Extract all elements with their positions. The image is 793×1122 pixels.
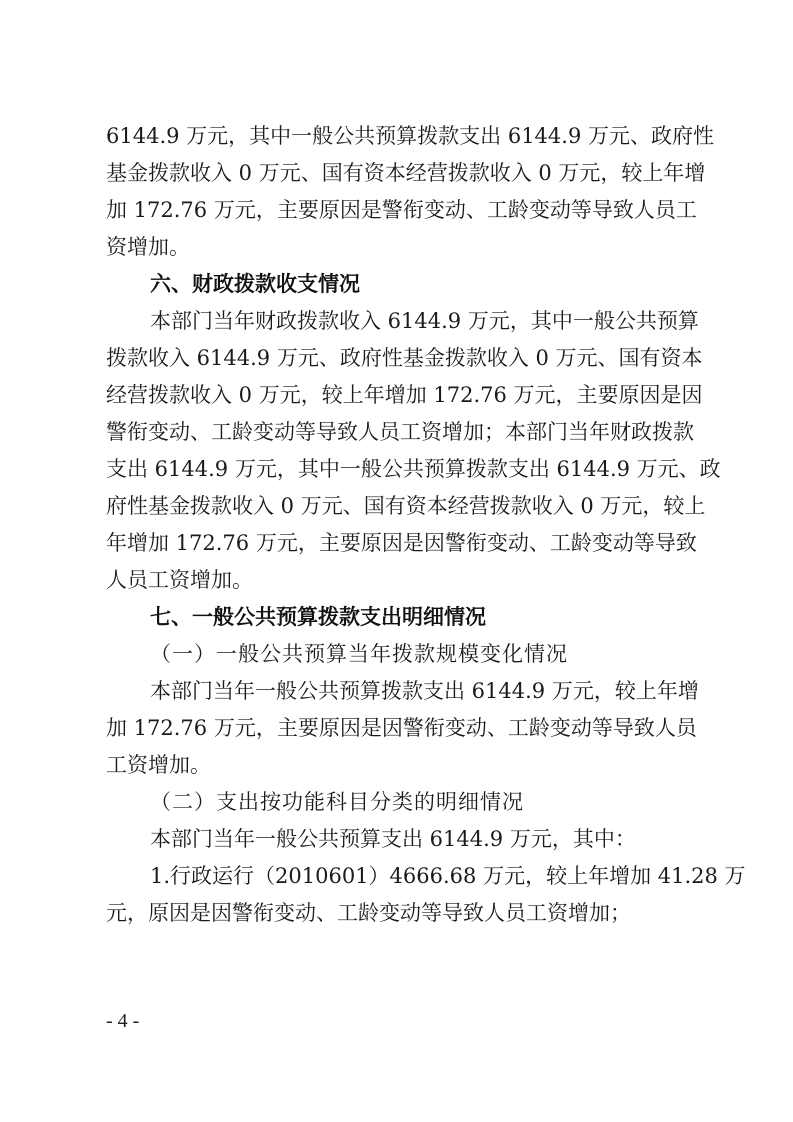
paragraph-line: 加 172.76 万元，主要原因是警衔变动、工龄变动等导致人员工 <box>106 192 693 229</box>
paragraph-line: 经营拨款收入 0 万元，较上年增加 172.76 万元，主要原因是因 <box>106 377 693 414</box>
paragraph-line: 6144.9 万元，其中一般公共预算拨款支出 6144.9 万元、政府性 <box>106 118 693 155</box>
paragraph-line: 人员工资增加。 <box>106 562 693 599</box>
paragraph-line: 警衔变动、工龄变动等导致人员工资增加；本部门当年财政拨款 <box>106 414 693 451</box>
paragraph-line: 本部门当年一般公共预算拨款支出 6144.9 万元，较上年增 <box>150 673 693 710</box>
section-heading-6: 六、财政拨款收支情况 <box>150 266 693 303</box>
document-page: 6144.9 万元，其中一般公共预算拨款支出 6144.9 万元、政府性 基金拨… <box>0 0 793 1122</box>
paragraph-line: 1.行政运行（2010601）4666.68 万元，较上年增加 41.28 万 <box>150 858 693 895</box>
paragraph-line: 年增加 172.76 万元，主要原因是因警衔变动、工龄变动等导致 <box>106 525 693 562</box>
paragraph-line: 本部门当年一般公共预算支出 6144.9 万元，其中： <box>150 821 693 858</box>
subsection-heading-2: （二）支出按功能科目分类的明细情况 <box>150 784 693 821</box>
paragraph-line: 工资增加。 <box>106 747 693 784</box>
paragraph-line: 拨款收入 6144.9 万元、政府性基金拨款收入 0 万元、国有资本 <box>106 340 693 377</box>
page-number: - 4 - <box>106 1010 139 1033</box>
paragraph-line: 资增加。 <box>106 229 693 266</box>
paragraph-line: 元，原因是因警衔变动、工龄变动等导致人员工资增加； <box>106 895 693 932</box>
paragraph-line: 基金拨款收入 0 万元、国有资本经营拨款收入 0 万元，较上年增 <box>106 155 693 192</box>
section-heading-7: 七、一般公共预算拨款支出明细情况 <box>150 599 693 636</box>
paragraph-line: 本部门当年财政拨款收入 6144.9 万元，其中一般公共预算 <box>150 303 693 340</box>
paragraph-line: 加 172.76 万元，主要原因是因警衔变动、工龄变动等导致人员 <box>106 710 693 747</box>
paragraph-line: 府性基金拨款收入 0 万元、国有资本经营拨款收入 0 万元，较上 <box>106 488 693 525</box>
subsection-heading-1: （一）一般公共预算当年拨款规模变化情况 <box>150 636 693 673</box>
paragraph-line: 支出 6144.9 万元，其中一般公共预算拨款支出 6144.9 万元、政 <box>106 451 693 488</box>
